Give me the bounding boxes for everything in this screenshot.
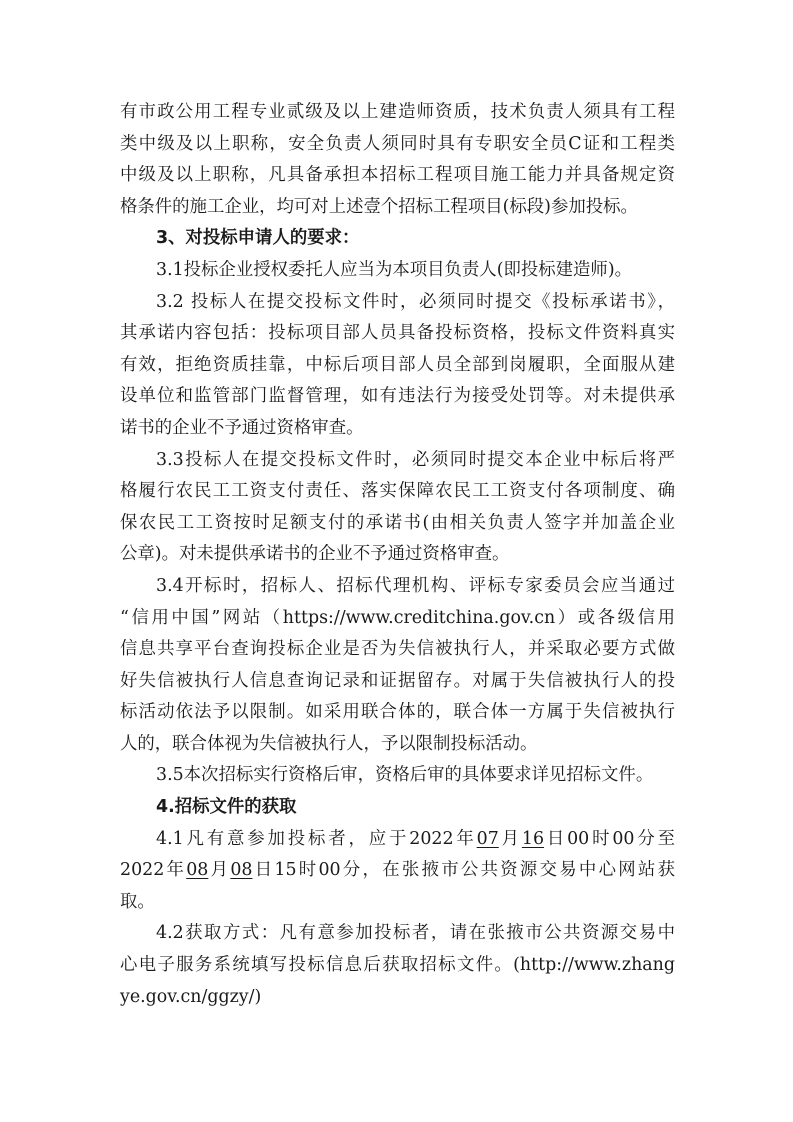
text-line: 人的，联合体视为失信被执行人，予以限制投标活动。 [120,729,675,761]
item-3-5: 3.5本次招标实行资格后审，资格后审的具体要求详见招标文件。 [120,760,675,792]
text-line: 有市政公用工程专业贰级及以上建造师资质，技术负责人须具有工程 [120,97,675,129]
qualification-paragraph: 有市政公用工程专业贰级及以上建造师资质，技术负责人须具有工程 类中级及以上职称，… [120,97,675,223]
text-line: 中级及以上职称，凡具备承担本招标工程项目施工能力并具备规定资 [120,160,675,192]
start-day: 16 [522,829,544,849]
month-label: 月 [499,829,522,849]
end-suffix: 日15时00分，在张掖市公共资源交易中心网站获 [252,860,675,880]
text-line: 3.3投标人在提交投标文件时，必须同时提交本企业中标后将严 [120,445,675,477]
end-year: 2022年 [120,860,186,880]
text-line: 3.2 投标人在提交投标文件时，必须同时提交《投标承诺书》， [120,287,675,319]
text-line: 3.1投标企业授权委托人应当为本项目负责人(即投标建造师)。 [120,255,675,287]
item-3-4: 3.4开标时，招标人、招标代理机构、评标专家委员会应当通过 “信用中国”网站（h… [120,571,675,761]
text-line: 3.4开标时，招标人、招标代理机构、评标专家委员会应当通过 [120,571,675,603]
text-line: 有效，拒绝资质挂靠，中标后项目部人员全部到岗履职，全面服从建 [120,350,675,382]
text-line: 格条件的施工企业，均可对上述壹个招标工程项目(标段)参加投标。 [120,192,675,224]
start-suffix: 日00时00分至 [544,829,675,849]
item-4-2: 4.2获取方式：凡有意参加投标者，请在张掖市公共资源交易中 心电子服务系统填写投… [120,918,675,1013]
text-line-ggzy-link: 心电子服务系统填写投标信息后获取招标文件。(http://www.zhang [120,950,675,982]
text-line: 其承诺内容包括：投标项目部人员具备投标资格，投标文件资料真实 [120,318,675,350]
text-line: 好失信被执行人信息查询记录和证据留存。对属于失信被执行人的投 [120,666,675,698]
text-line-creditchina-link: “信用中国”网站（https://www.creditchina.gov.cn）… [120,603,675,635]
text-line: 取。 [120,887,675,919]
end-month: 08 [186,860,208,880]
text-line: 信息共享平台查询投标企业是否为失信被执行人，并采取必要方式做 [120,634,675,666]
end-day: 08 [230,860,252,880]
section-4-heading: 4.招标文件的获取 [120,792,675,824]
text-line-start-date: 4.1凡有意参加投标者，应于2022年07月16日00时00分至 [120,824,675,856]
item-3-1: 3.1投标企业授权委托人应当为本项目负责人(即投标建造师)。 [120,255,675,287]
item-4-1-prefix: 4.1凡有意参加投标者，应于2022年 [156,829,477,849]
start-month: 07 [477,829,499,849]
item-4-1: 4.1凡有意参加投标者，应于2022年07月16日00时00分至 2022年08… [120,824,675,919]
text-line-end-date: 2022年08月08日15时00分，在张掖市公共资源交易中心网站获 [120,855,675,887]
item-3-2: 3.2 投标人在提交投标文件时，必须同时提交《投标承诺书》， 其承诺内容包括：投… [120,287,675,445]
text-line: 类中级及以上职称，安全负责人须同时具有专职安全员C证和工程类 [120,129,675,161]
text-line: 4.2获取方式：凡有意参加投标者，请在张掖市公共资源交易中 [120,918,675,950]
text-line: 格履行农民工工资支付责任、落实保障农民工工资支付各项制度、确 [120,476,675,508]
text-line: 保农民工工资按时足额支付的承诺书(由相关负责人签字并加盖企业 [120,508,675,540]
text-line: 标活动依法予以限制。如采用联合体的，联合体一方属于失信被执行 [120,697,675,729]
text-line: 设单位和监管部门监督管理，如有违法行为接受处罚等。对未提供承 [120,381,675,413]
text-line: 3.5本次招标实行资格后审，资格后审的具体要求详见招标文件。 [120,760,675,792]
section-3-heading: 3、对投标申请人的要求： [120,223,675,255]
text-line: ye.gov.cn/ggzy/) [120,982,675,1014]
end-month-label: 月 [208,860,230,880]
document-page: 有市政公用工程专业贰级及以上建造师资质，技术负责人须具有工程 类中级及以上职称，… [120,97,675,1013]
text-line: 诺书的企业不予通过资格审查。 [120,413,675,445]
item-3-3: 3.3投标人在提交投标文件时，必须同时提交本企业中标后将严 格履行农民工工资支付… [120,445,675,571]
text-line: 公章)。对未提供承诺书的企业不予通过资格审查。 [120,539,675,571]
